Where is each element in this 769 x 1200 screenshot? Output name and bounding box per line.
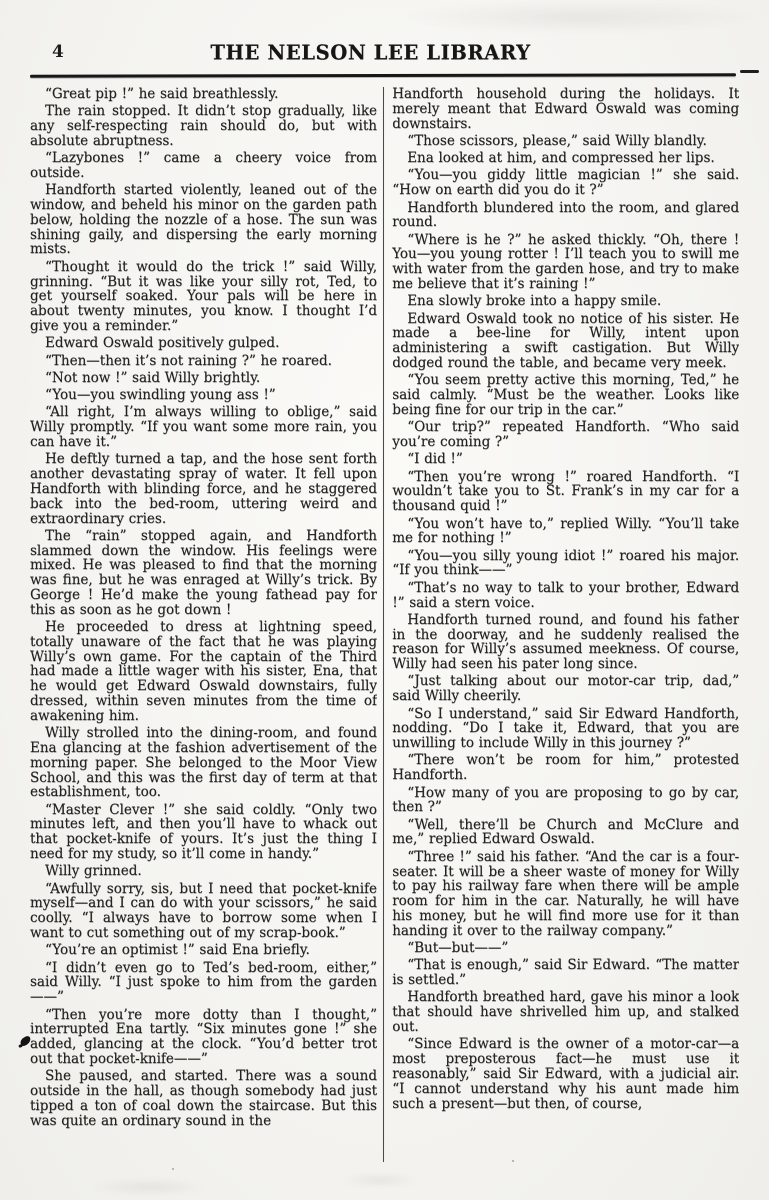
bottom-smudge	[90, 1178, 210, 1196]
paragraph: “Where is he ?” he asked thickly. “Oh, t…	[392, 233, 739, 292]
paragraph: “That’s no way to talk to your brother, …	[392, 581, 739, 611]
paragraph: “I didn’t even go to Ted’s bed-room, eit…	[30, 961, 377, 1005]
paragraph: “Not now !” said Willy brightly.	[30, 371, 377, 386]
paragraph: “All right, I’m always willing to oblige…	[30, 405, 377, 449]
paragraph: Handforth blundered into the room, and g…	[392, 201, 739, 231]
paragraph: Ena looked at him, and compressed her li…	[392, 151, 739, 166]
right-column: Handforth household during the holidays.…	[392, 87, 739, 1163]
paragraph: “Thought it would do the trick !” said W…	[30, 260, 377, 334]
paragraph: “Then—then it’s not raining ?” he roared…	[30, 354, 377, 369]
ink-speck	[172, 1168, 174, 1170]
paragraph: Willy grinned.	[30, 864, 377, 879]
paragraph: “Those scissors, please,” said Willy bla…	[392, 134, 739, 149]
paragraph: “Then you’re more dotty than I thought,”…	[30, 1008, 377, 1067]
paragraph: “I did !”	[392, 452, 739, 467]
paragraph: Handforth started violently, leaned out …	[30, 183, 377, 257]
show-through-smudge	[400, 0, 760, 34]
paragraph: “Well, there’ll be Church and McClure an…	[392, 818, 739, 848]
paragraph: Handforth turned round, and found his fa…	[392, 613, 739, 672]
paragraph: “Just talking about our motor-car trip, …	[392, 674, 739, 704]
paragraph: He deftly turned a tap, and the hose sen…	[30, 452, 377, 526]
paragraph: “Our trip?” repeated Handforth. “Who sai…	[392, 420, 739, 450]
paragraph: “You—you silly young idiot !” roared his…	[392, 549, 739, 579]
paragraph: “You—you swindling young ass !”	[30, 388, 377, 403]
paragraph: Ena slowly broke into a happy smile.	[392, 294, 739, 309]
text-columns: “Great pip !” he said breathlessly.The r…	[30, 87, 740, 1163]
paragraph: He proceeded to dress at lightning speed…	[30, 620, 377, 724]
column-divider	[383, 87, 384, 1162]
page-title: THE NELSON LEE LIBRARY	[0, 41, 755, 65]
paragraph: “Master Clever !” she said coldly. “Only…	[30, 803, 377, 862]
paragraph: The rain stopped. It didn’t stop gradual…	[30, 104, 377, 148]
paragraph: “You won’t have to,” replied Willy. “You…	[392, 517, 739, 547]
paragraph: “There won’t be room for him,” protested…	[392, 753, 739, 783]
paragraph: Edward Oswald positively gulped.	[30, 336, 377, 351]
paragraph: “But—but——”	[392, 941, 739, 956]
paragraph: “Then you’re wrong !” roared Handforth. …	[392, 470, 739, 514]
bottom-smudge	[340, 1172, 420, 1188]
paragraph: The “rain” stopped again, and Handforth …	[30, 529, 377, 618]
paragraph: “Since Edward is the owner of a motor-ca…	[392, 1037, 739, 1111]
paragraph: “So I understand,” said Sir Edward Handf…	[392, 707, 739, 751]
paragraph: “Lazybones !” came a cheery voice from o…	[30, 151, 377, 181]
paragraph: “That is enough,” said Sir Edward. “The …	[392, 958, 739, 988]
paragraph: “You’re an optimist !” said Ena briefly.	[30, 943, 377, 958]
ink-speck	[512, 1160, 514, 1162]
paragraph: “How many of you are proposing to go by …	[392, 786, 739, 816]
paragraph: “You seem pretty active this morning, Te…	[392, 373, 739, 417]
magazine-page: 4 THE NELSON LEE LIBRARY “Great pip !” h…	[0, 0, 769, 1200]
paragraph: She paused, and started. There was a sou…	[30, 1069, 377, 1128]
paragraph: Handforth breathed hard, gave his minor …	[392, 990, 739, 1034]
paragraph: Handforth household during the holidays.…	[392, 87, 739, 131]
header-rule-dash	[740, 70, 759, 73]
header-rule	[30, 73, 736, 78]
left-column: “Great pip !” he said breathlessly.The r…	[30, 87, 377, 1163]
paragraph: “Awfully sorry, sis, but I need that poc…	[30, 882, 377, 941]
paragraph: Edward Oswald took no notice of his sist…	[392, 312, 739, 371]
paragraph: “Three !” said his father. “And the car …	[392, 850, 739, 939]
paragraph: Willy strolled into the dining-room, and…	[30, 726, 377, 800]
paragraph: “Great pip !” he said breathlessly.	[30, 87, 377, 102]
paragraph: “You—you giddy little magician !” she sa…	[392, 168, 739, 198]
